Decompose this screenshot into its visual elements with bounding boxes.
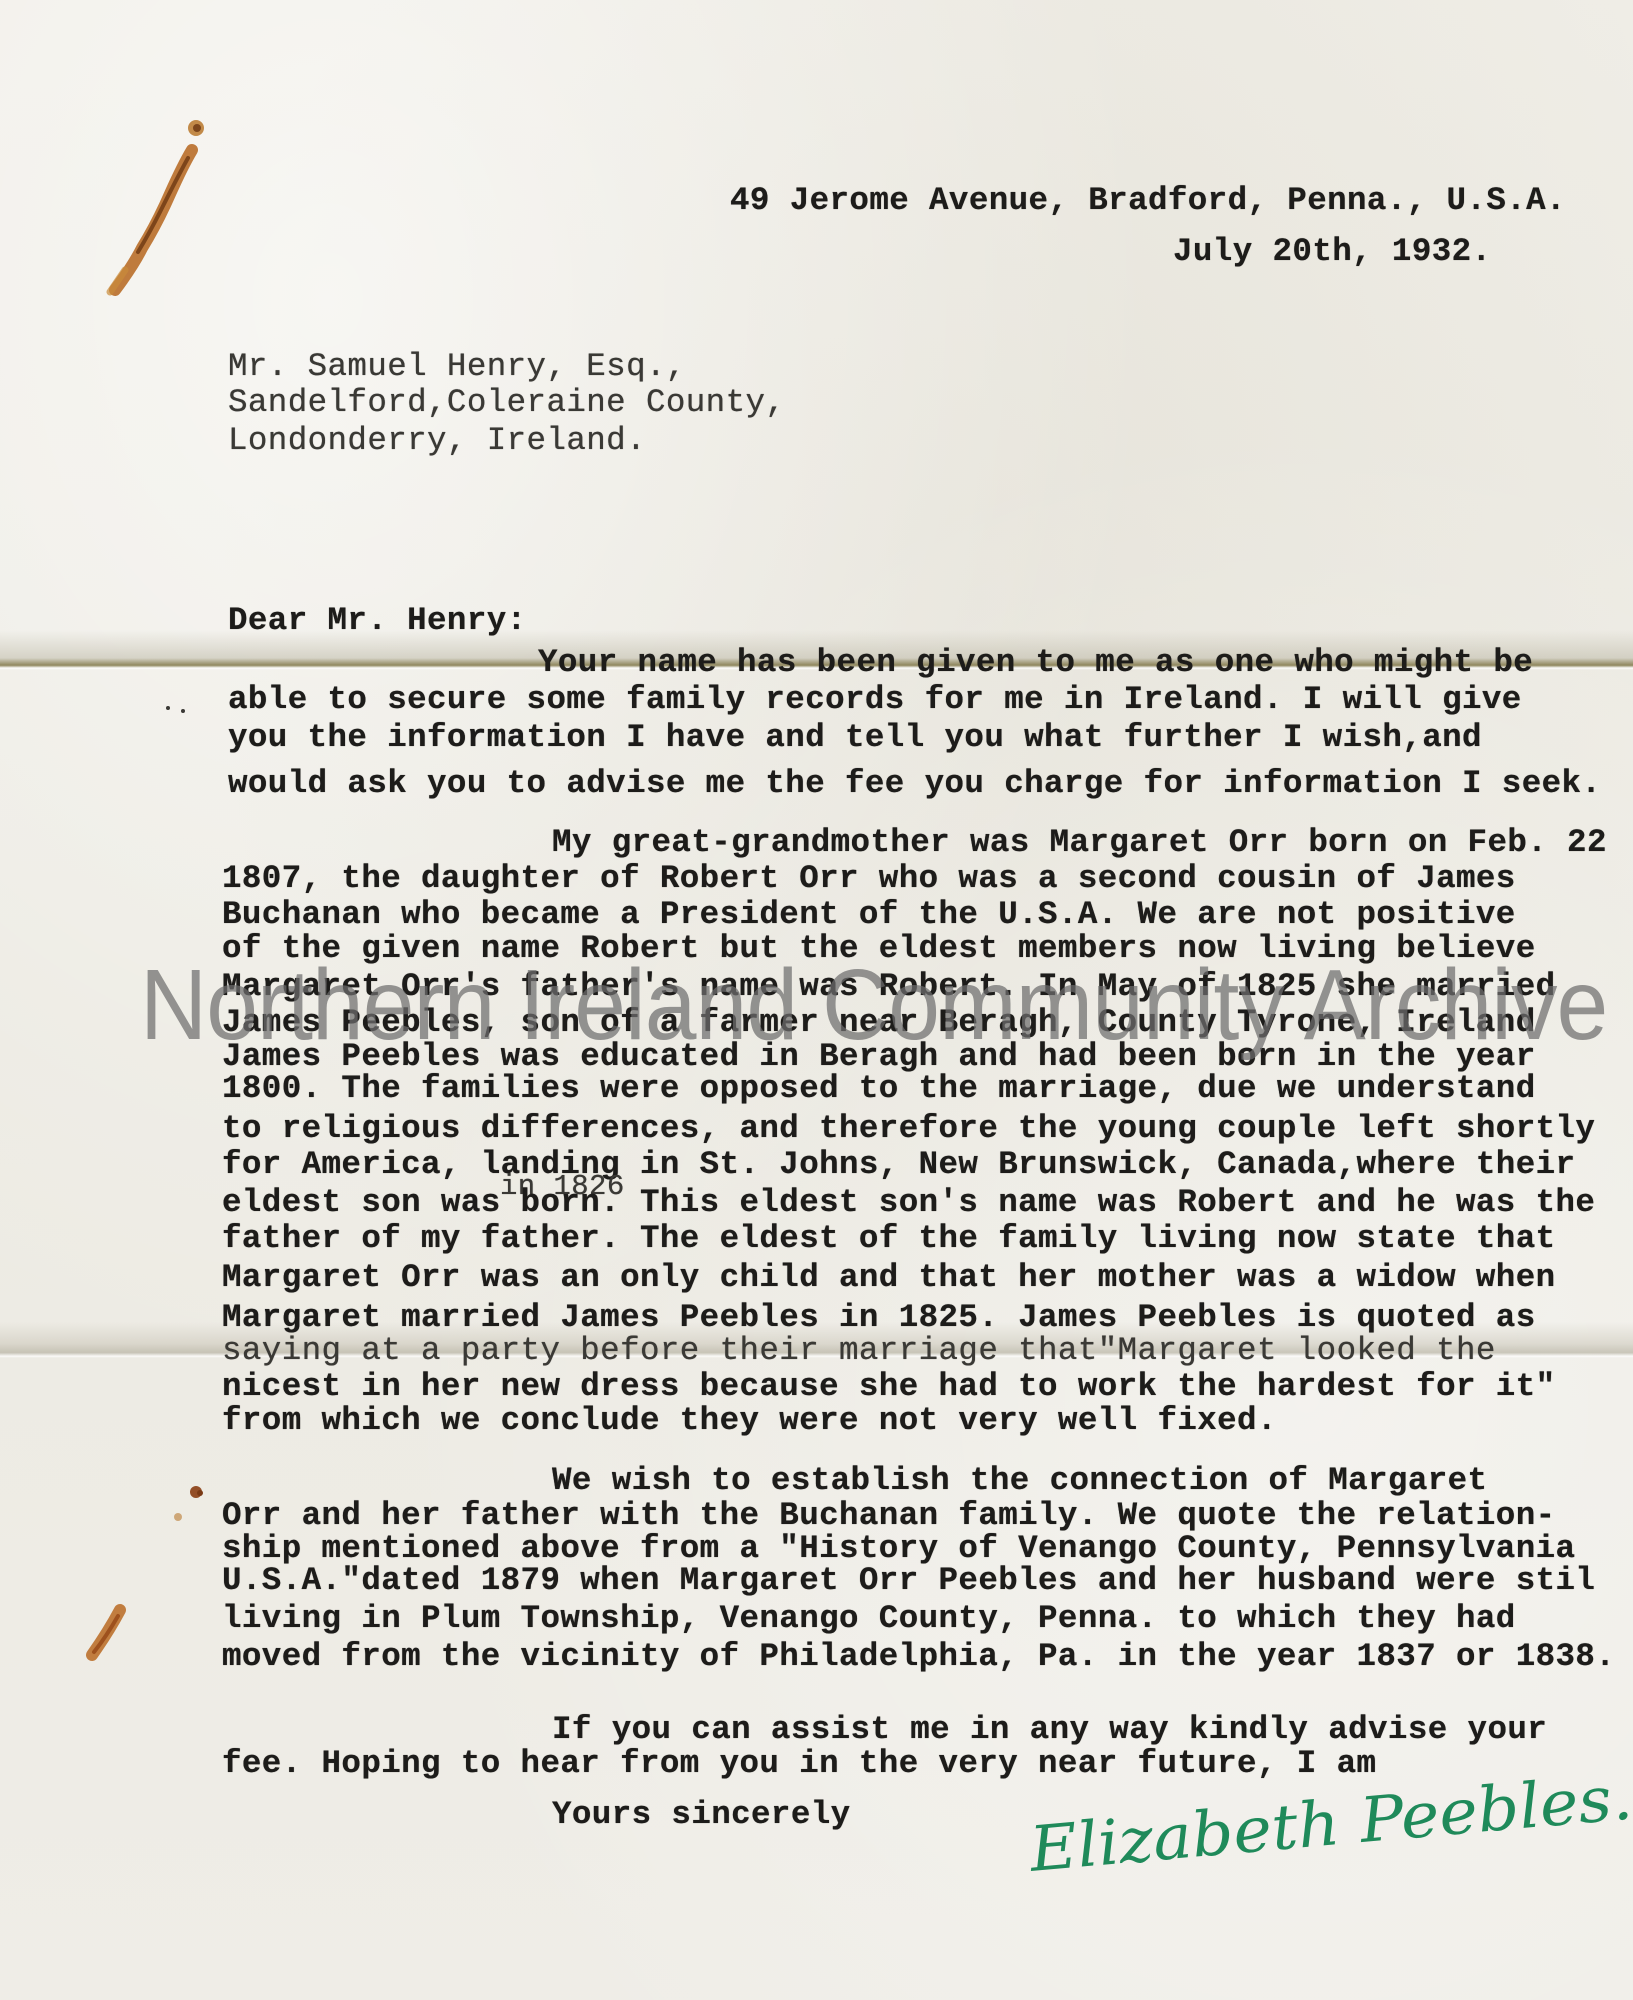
recipient-address-line: Sandelford,Coleraine County, — [228, 386, 785, 420]
body-line: U.S.A."dated 1879 when Margaret Orr Peeb… — [222, 1564, 1595, 1598]
recipient-address-line: Londonderry, Ireland. — [228, 424, 646, 458]
body-line: for America, landing in St. Johns, New B… — [222, 1148, 1575, 1182]
body-line: saying at a party before their marriage … — [222, 1334, 1496, 1368]
body-line: ship mentioned above from a "History of … — [222, 1532, 1575, 1566]
body-line: you the information I have and tell you … — [228, 721, 1482, 755]
body-line: Orr and her father with the Buchanan fam… — [222, 1499, 1556, 1533]
rust-stain-icon — [80, 110, 220, 300]
salutation: Dear Mr. Henry: — [228, 604, 527, 638]
body-line: eldest son was born. This eldest son's n… — [222, 1186, 1595, 1220]
body-line: father of my father. The eldest of the f… — [222, 1222, 1556, 1256]
body-line: Margaret married James Peebles in 1825. … — [222, 1301, 1536, 1335]
body-line: living in Plum Township, Venango County,… — [222, 1602, 1516, 1636]
body-line: If you can assist me in any way kindly a… — [552, 1713, 1547, 1747]
body-line: James Peebles, son of a farmer near Bera… — [222, 1006, 1536, 1040]
body-line: able to secure some family records for m… — [228, 683, 1522, 717]
recipient-name: Mr. Samuel Henry, Esq., — [228, 350, 686, 384]
body-line: moved from the vicinity of Philadelphia,… — [222, 1640, 1615, 1674]
ink-dot — [166, 706, 170, 710]
body-line: 1807, the daughter of Robert Orr who was… — [222, 862, 1516, 896]
rust-stain-icon — [70, 1470, 210, 1670]
body-line: My great-grandmother was Margaret Orr bo… — [552, 826, 1607, 860]
body-line: nicest in her new dress because she had … — [222, 1370, 1556, 1404]
body-line: Margaret Orr was an only child and that … — [222, 1261, 1556, 1295]
body-line: Buchanan who became a President of the U… — [222, 898, 1516, 932]
ink-dot — [181, 709, 185, 713]
body-line: Margaret Orr's father's name was Robert.… — [222, 970, 1556, 1004]
body-line: to religious differences, and therefore … — [222, 1112, 1595, 1146]
body-line: James Peebles was educated in Beragh and… — [222, 1040, 1536, 1074]
ink-dot — [197, 1490, 203, 1496]
body-line: 1800. The families were opposed to the m… — [222, 1072, 1536, 1106]
body-line: We wish to establish the connection of M… — [552, 1464, 1487, 1498]
body-line: would ask you to advise me the fee you c… — [228, 767, 1601, 801]
body-line: Your name has been given to me as one wh… — [538, 646, 1533, 680]
body-line: fee. Hoping to hear from you in the very… — [222, 1747, 1376, 1781]
sender-address: 49 Jerome Avenue, Bradford, Penna., U.S.… — [730, 184, 1566, 218]
body-line: from which we conclude they were not ver… — [222, 1404, 1277, 1438]
closing: Yours sincerely — [552, 1798, 851, 1832]
letter-date: July 20th, 1932. — [1173, 235, 1491, 269]
body-line: of the given name Robert but the eldest … — [222, 932, 1536, 966]
